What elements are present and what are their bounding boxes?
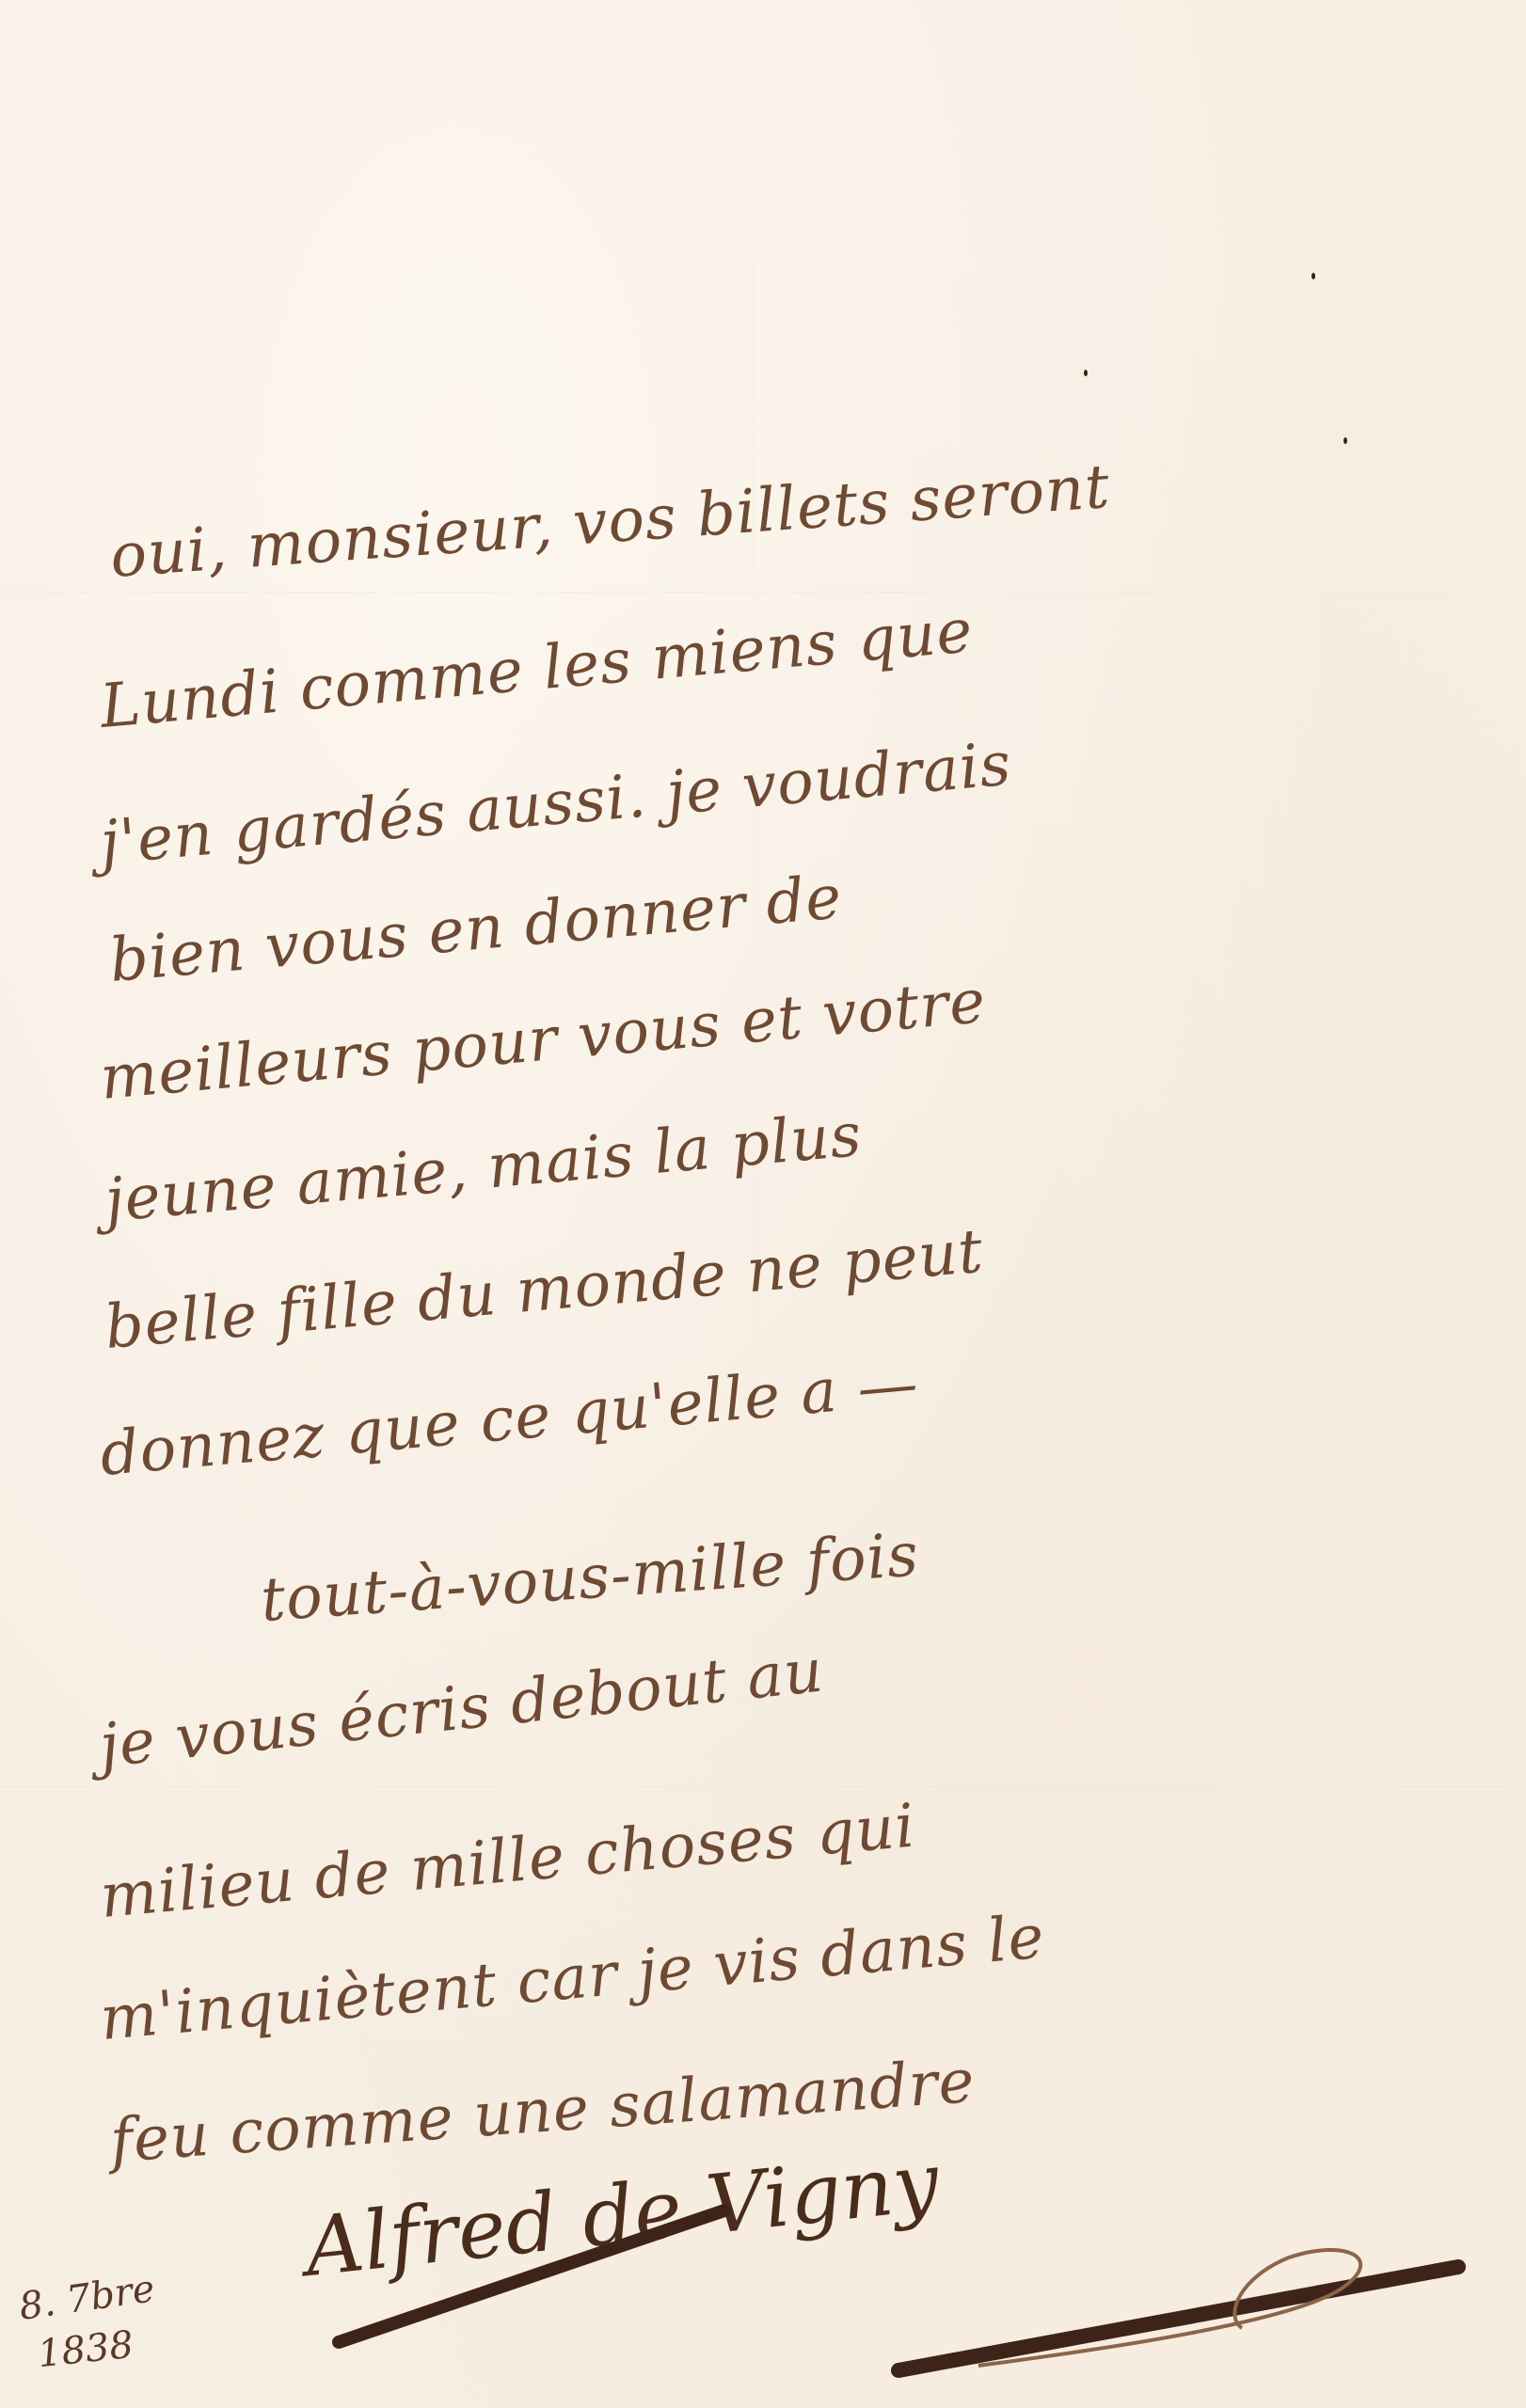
- signature-flourish: [0, 0, 1526, 2408]
- letter-paper: oui, monsieur, vos billets seront Lundi …: [0, 0, 1526, 2408]
